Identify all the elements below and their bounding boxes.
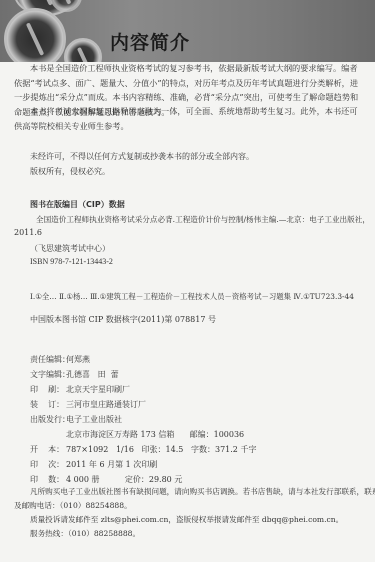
compass-image — [64, 38, 102, 62]
info-row-editor: 责任编辑：何郑燕 — [30, 354, 90, 365]
notice-line-4: 服务热线：（010）88258888。 — [30, 528, 140, 539]
notice-line-2: 及邮购电话：（010）88254888。 — [14, 500, 132, 511]
notice-line-3: 质量投诉请发邮件至 zlts@phei.com.cn，盗版侵权举报请发邮件至 d… — [30, 514, 343, 525]
header-banner: 内容简介 — [0, 0, 375, 62]
info-row-format: 开 本：787×1092 1/16 印张：14.5 字数：371.2 千字 — [30, 444, 256, 455]
cip-title: 图书在版编目（CIP）数据 — [30, 199, 125, 210]
intro-paragraph-2: 本书将考试大纲和复习指导用书融为一体，可全面、系统地帮助考生复习。此外，本书还可… — [14, 104, 364, 133]
cip-classification: Ⅰ.①全… Ⅱ.①杨… Ⅲ.①建筑工程－工程造价－工程技术人员－资格考试－习题集… — [30, 291, 354, 302]
copyright-line-2: 版权所有，侵权必究。 — [30, 166, 110, 177]
info-row-binding: 装 订：三河市皇庄路通装订厂 — [30, 399, 146, 410]
info-row-printing: 印 刷：北京天宇星印刷厂 — [30, 384, 130, 395]
info-row-print-run: 印 数：4 000 册 定价：29.80 元 — [30, 474, 182, 485]
notice-line-1: 凡所购买电子工业出版社图书有缺损问题，请向购买书店调换。若书店售缺，请与本社发行… — [30, 486, 375, 497]
info-row-publisher: 出版发行：电子工业出版社 — [30, 414, 122, 425]
info-row-text-editor: 文字编辑：孔德喜 田 蕾 — [30, 369, 119, 380]
copyright-line-1: 未经许可，不得以任何方式复制或抄袭本书的部分或全部内容。 — [30, 151, 254, 162]
cip-series: （飞思建筑考试中心） — [30, 243, 110, 254]
info-row-impression: 印 次：2011 年 6 月第 1 次印刷 — [30, 459, 157, 470]
cip-isbn: ISBN 978-7-121-13443-2 — [30, 257, 113, 266]
cip-record-number: 中国版本图书馆 CIP 数据核字(2011)第 078817 号 — [30, 314, 216, 325]
cip-entry-line-2: 2011.6 — [14, 228, 42, 237]
compass-image — [4, 8, 66, 62]
info-row-address: 北京市海淀区万寿路 173 信箱 邮编：100036 — [66, 429, 244, 440]
cip-entry-line-1: 全国造价工程师执业资格考试采分点必背.工程造价计价与控制/杨伟主编.—北京：电子… — [36, 214, 370, 225]
page-title: 内容简介 — [110, 28, 190, 55]
